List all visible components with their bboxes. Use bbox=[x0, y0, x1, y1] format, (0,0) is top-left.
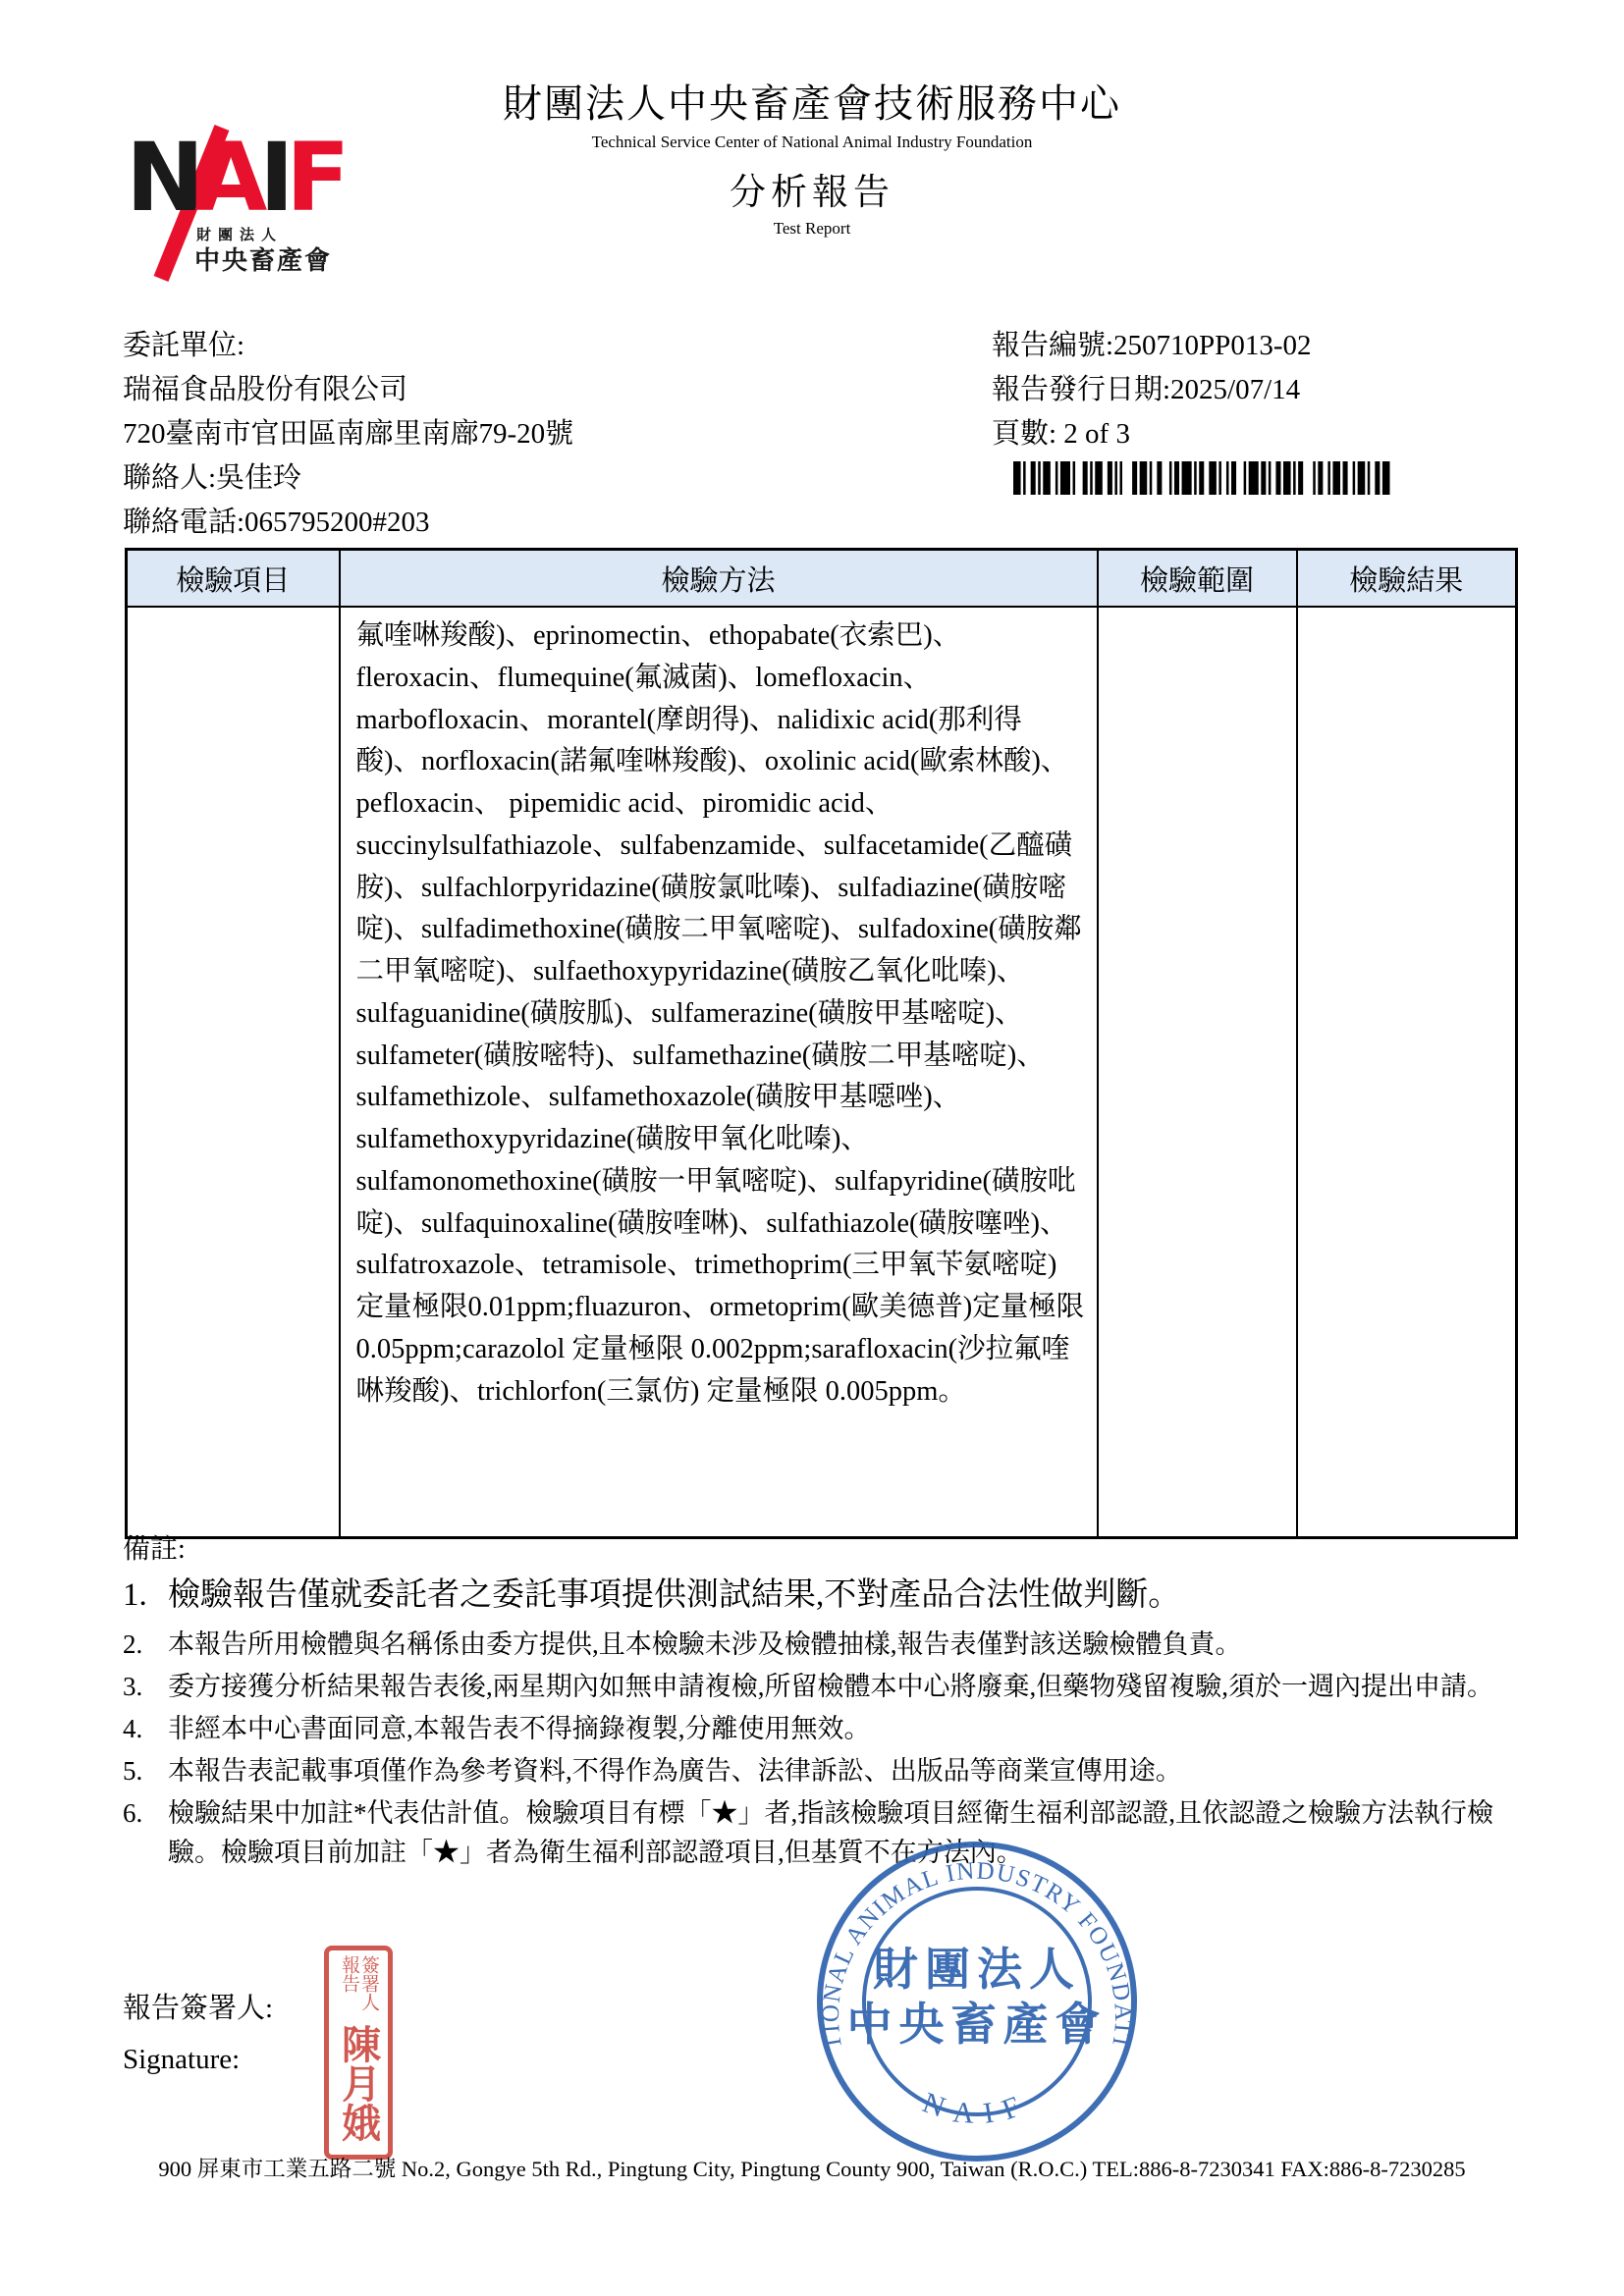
signature-block: 報告簽署人: Signature: bbox=[123, 1983, 273, 2085]
client-label: 委託單位: bbox=[123, 324, 573, 368]
client-name: 瑞福食品股份有限公司 bbox=[123, 368, 573, 412]
results-table: 檢驗項目 檢驗方法 檢驗範圍 檢驗結果 氟喹啉羧酸)、eprinomectin、… bbox=[125, 548, 1518, 1539]
note-item: 1. 檢驗報告僅就委託者之委託事項提供測試結果,不對產品合法性做判斷。 bbox=[123, 1573, 1511, 1620]
table-header-row: 檢驗項目 檢驗方法 檢驗範圍 檢驗結果 bbox=[127, 550, 1517, 608]
cell-test-result bbox=[1297, 607, 1517, 1538]
client-address: 720臺南市官田區南廍里南廍79-20號 bbox=[123, 412, 573, 456]
cell-test-method: 氟喹啉羧酸)、eprinomectin、ethopabate(衣索巴)、fler… bbox=[340, 607, 1098, 1538]
signer-stamp-name: 陳月娥 bbox=[337, 2024, 379, 2142]
report-number: 報告編號:250710PP013-02 bbox=[992, 324, 1311, 368]
report-title-zh: 分析報告 bbox=[0, 162, 1624, 215]
footer-address: 900 屏東市工業五路二號 No.2, Gongye 5th Rd., Ping… bbox=[0, 2152, 1624, 2183]
signer-stamp-title: 簽署人 報告 bbox=[339, 1955, 378, 2018]
signature-label-en: Signature: bbox=[123, 2034, 273, 2085]
signer-stamp: 簽署人 報告 陳月娥 bbox=[324, 1946, 393, 2160]
table-row: 氟喹啉羧酸)、eprinomectin、ethopabate(衣索巴)、fler… bbox=[127, 607, 1517, 1538]
client-phone: 聯絡電話:065795200#203 bbox=[123, 501, 573, 545]
test-report-page: N A I F 財團法人 中央畜產會 財團法人中央畜產會技術服務中心 Techn… bbox=[0, 0, 1624, 2296]
note-item: 5. 本報告表記載事項僅作為參考資料,不得作為廣告、法律訴訟、出版品等商業宣傳用… bbox=[123, 1752, 1511, 1790]
note-item: 3. 委方接獲分析結果報告表後,兩星期內如無申請複檢,所留檢體本中心將廢棄,但藥… bbox=[123, 1668, 1511, 1706]
barcode bbox=[1013, 461, 1392, 495]
seal-inner-line1: 財團法人 bbox=[873, 1945, 1081, 1995]
client-contact: 聯絡人:吳佳玲 bbox=[123, 456, 573, 501]
report-meta: 報告編號:250710PP013-02 報告發行日期:2025/07/14 頁數… bbox=[992, 324, 1311, 456]
cell-test-range bbox=[1098, 607, 1297, 1538]
logo-subtitle-2: 中央畜產會 bbox=[194, 245, 332, 275]
notes-section: 備註: 1. 檢驗報告僅就委託者之委託事項提供測試結果,不對產品合法性做判斷。 … bbox=[123, 1527, 1511, 1876]
report-pages: 頁數: 2 of 3 bbox=[992, 412, 1311, 456]
note-item: 4. 非經本中心書面同意,本報告表不得摘錄複製,分離使用無效。 bbox=[123, 1710, 1511, 1748]
signature-label-zh: 報告簽署人: bbox=[123, 1983, 273, 2034]
header-test-result: 檢驗結果 bbox=[1297, 550, 1517, 608]
org-title-en: Technical Service Center of National Ani… bbox=[0, 133, 1624, 152]
header-test-item: 檢驗項目 bbox=[127, 550, 340, 608]
seal-inner-line2: 中央畜產會 bbox=[847, 2000, 1108, 2050]
notes-label: 備註: bbox=[123, 1527, 1511, 1567]
svg-text:NAIF: NAIF bbox=[918, 2086, 1035, 2130]
org-title-zh: 財團法人中央畜產會技術服務中心 bbox=[0, 73, 1624, 129]
client-info: 委託單位: 瑞福食品股份有限公司 720臺南市官田區南廍里南廍79-20號 聯絡… bbox=[123, 324, 573, 545]
foundation-seal: NATIONAL ANIMAL INDUSTRY FOUNDATION NAIF… bbox=[811, 1836, 1143, 2167]
report-title-en: Test Report bbox=[0, 219, 1624, 239]
title-block: 財團法人中央畜產會技術服務中心 Technical Service Center… bbox=[0, 73, 1624, 239]
seal-naif-text: NAIF bbox=[918, 2086, 1035, 2130]
note-item: 2. 本報告所用檢體與名稱係由委方提供,且本檢驗未涉及檢體抽樣,報告表僅對該送驗… bbox=[123, 1626, 1511, 1664]
header-test-range: 檢驗範圍 bbox=[1098, 550, 1297, 608]
cell-test-item bbox=[127, 607, 340, 1538]
header-test-method: 檢驗方法 bbox=[340, 550, 1098, 608]
report-issue-date: 報告發行日期:2025/07/14 bbox=[992, 368, 1311, 412]
